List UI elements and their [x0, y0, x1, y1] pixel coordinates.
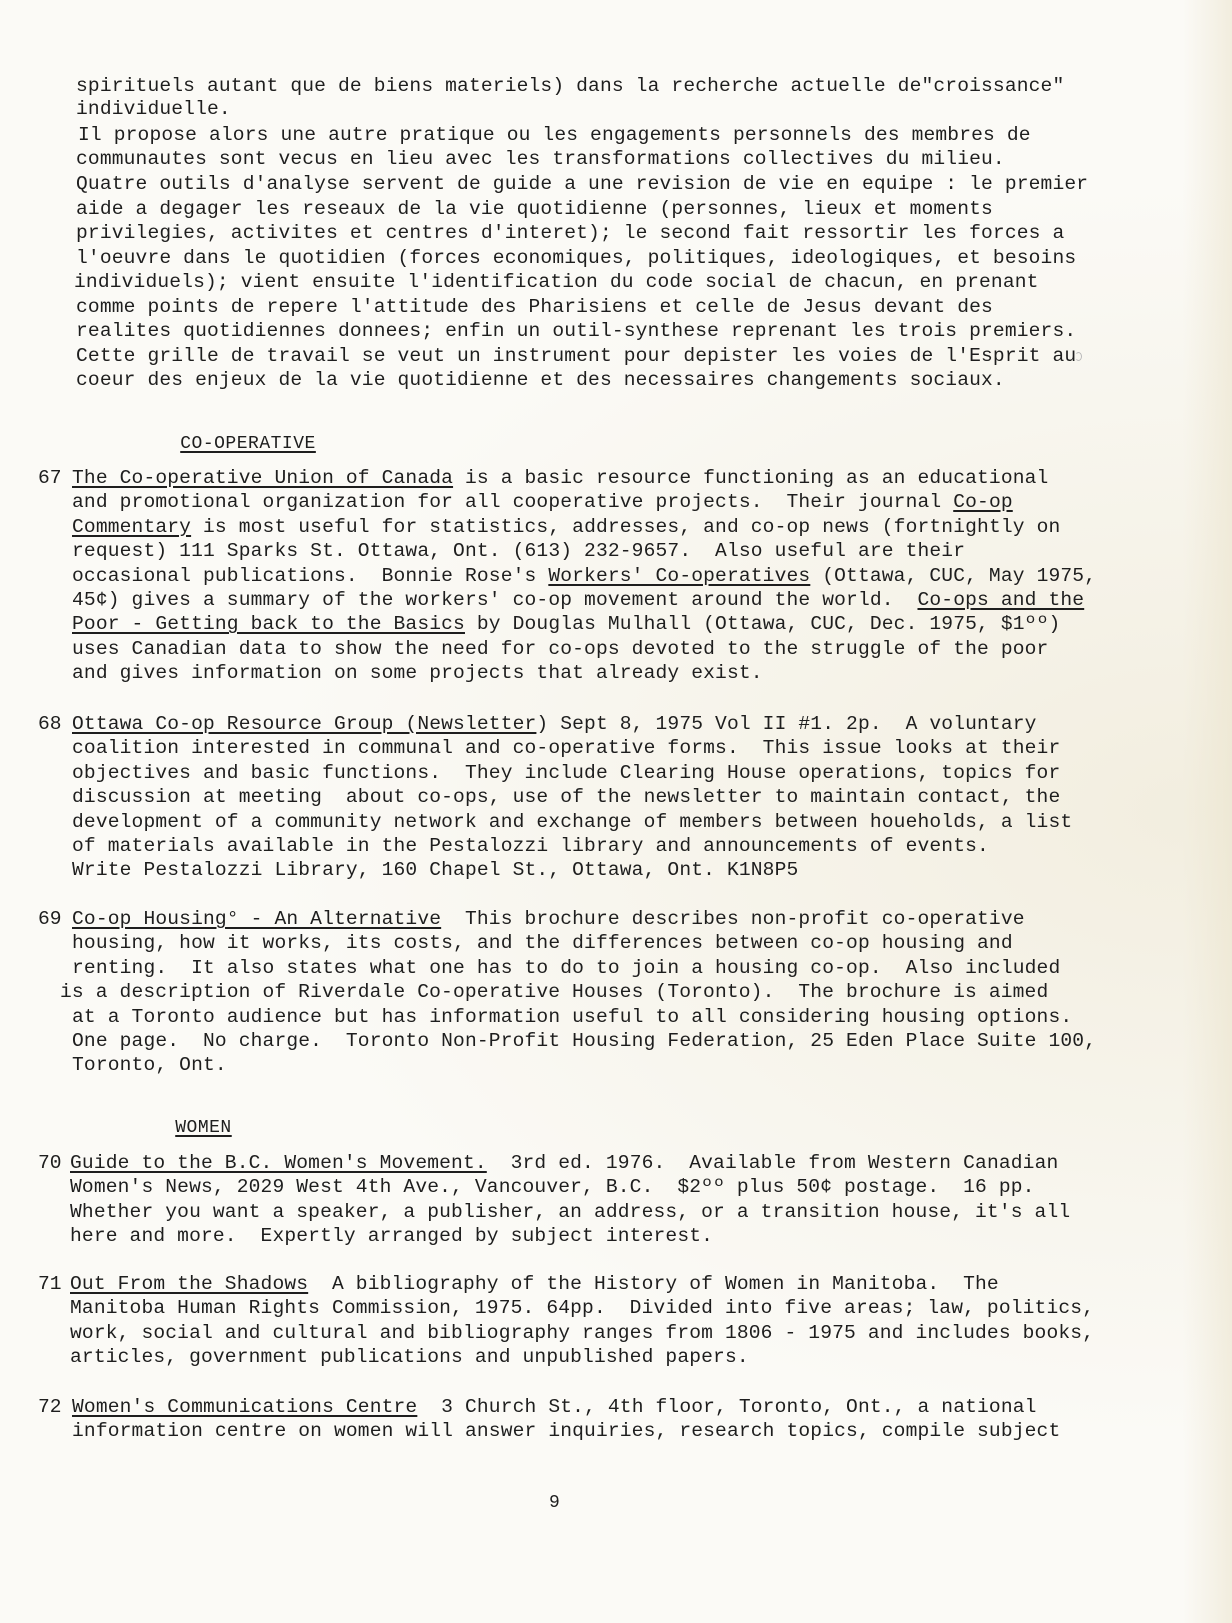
text-run: discussion at meeting about co-ops, use …	[72, 786, 1060, 808]
entry-number: 68	[38, 712, 62, 736]
text-run: Whether you want a speaker, a publisher,…	[70, 1201, 1070, 1223]
text-run: individuels); vient ensuite l'identifica…	[74, 271, 1039, 293]
text-run: comme points de repere l'attitude des Ph…	[76, 296, 993, 318]
intro-line: Quatre outils d'analyse servent de guide…	[76, 172, 1088, 196]
entry-line: coalition interested in communal and co-…	[72, 736, 1060, 760]
text-run: Il propose alors une autre pratique ou l…	[78, 124, 1031, 146]
entry-number: 71	[38, 1272, 62, 1296]
entry-line: here and more. Expertly arranged by subj…	[70, 1224, 713, 1248]
text-run: 3 Church St., 4th floor, Toronto, Ont., …	[417, 1396, 1036, 1418]
entry-line: at a Toronto audience but has informatio…	[72, 1005, 1072, 1029]
entry-line: discussion at meeting about co-ops, use …	[72, 785, 1060, 809]
text-run: aide a degager les reseaux de la vie quo…	[76, 198, 993, 220]
text-run: renting. It also states what one has to …	[72, 957, 1060, 979]
entry-line: The Co-operative Union of Canada is a ba…	[72, 466, 1048, 490]
text-run: 3rd ed. 1976. Available from Western Can…	[487, 1152, 1059, 1174]
intro-line: l'oeuvre dans le quotidien (forces econo…	[76, 246, 1076, 270]
text-run: coalition interested in communal and co-…	[72, 737, 1060, 759]
entry-line: Poor - Getting back to the Basics by Dou…	[72, 612, 1060, 636]
text-run: One page. No charge. Toronto Non-Profit …	[72, 1030, 1096, 1052]
text-run: here and more. Expertly arranged by subj…	[70, 1225, 713, 1247]
underlined-title: Co-op	[953, 491, 1013, 513]
entry-line: renting. It also states what one has to …	[72, 956, 1060, 980]
intro-line: comme points de repere l'attitude des Ph…	[76, 295, 993, 319]
entry-line: occasional publications. Bonnie Rose's W…	[72, 564, 1096, 588]
entry-line: Whether you want a speaker, a publisher,…	[70, 1200, 1070, 1224]
text-run: realites quotidiennes donnees; enfin un …	[76, 320, 1076, 342]
intro-line: Cette grille de travail se veut un instr…	[76, 344, 1076, 368]
intro-line: privilegies, activites et centres d'inte…	[76, 221, 1064, 245]
text-run: Manitoba Human Rights Commission, 1975. …	[70, 1297, 1094, 1319]
page-number: 9	[549, 1493, 560, 1513]
entry-line: Write Pestalozzi Library, 160 Chapel St.…	[72, 858, 798, 882]
text-run: communautes sont vecus en lieu avec les …	[76, 148, 1005, 170]
entry-line: Out From the Shadows A bibliography of t…	[70, 1272, 999, 1296]
text-run: privilegies, activites et centres d'inte…	[76, 222, 1064, 244]
text-run: uses Canadian data to show the need for …	[72, 638, 1048, 660]
entry-line: One page. No charge. Toronto Non-Profit …	[72, 1029, 1096, 1053]
entry-number: 72	[38, 1395, 62, 1419]
entry-number: 67	[38, 466, 62, 490]
text-run: development of a community network and e…	[72, 811, 1072, 833]
entry-line: Women's Communications Centre 3 Church S…	[72, 1395, 1037, 1419]
text-run: and promotional organization for all coo…	[72, 491, 953, 513]
intro-line: communautes sont vecus en lieu avec les …	[76, 147, 1005, 171]
text-run: is most useful for statistics, addresses…	[191, 516, 1060, 538]
text-run: A bibliography of the History of Women i…	[308, 1273, 999, 1295]
entry-line: work, social and cultural and bibliograp…	[70, 1321, 1094, 1345]
underlined-title: Women's Communications Centre	[72, 1396, 417, 1418]
underlined-title: Co-ops and the	[917, 589, 1084, 611]
entry-line: and gives information on some projects t…	[72, 661, 763, 685]
underlined-title: Out From the Shadows	[70, 1273, 308, 1295]
text-run: Toronto, Ont.	[72, 1054, 227, 1076]
section-heading-cooperative: CO-OPERATIVE	[135, 414, 316, 474]
underlined-title: Co-op Housing° - An Alternative	[72, 908, 441, 930]
text-run: l'oeuvre dans le quotidien (forces econo…	[76, 247, 1076, 269]
text-run: Women's News, 2029 West 4th Ave., Vancou…	[70, 1176, 1035, 1198]
text-run: Cette grille de travail se veut un instr…	[76, 345, 1076, 367]
entry-line: Commentary is most useful for statistics…	[72, 515, 1060, 539]
text-run: objectives and basic functions. They inc…	[72, 762, 1060, 784]
text-run: spirituels autant que de biens materiels…	[76, 75, 1064, 97]
entry-line: 45¢) gives a summary of the workers' co-…	[72, 588, 1084, 612]
entry-line: Manitoba Human Rights Commission, 1975. …	[70, 1296, 1094, 1320]
underlined-title: Workers' Co-operatives	[548, 565, 810, 587]
document-page: spirituels autant que de biens materiels…	[0, 0, 1232, 1623]
entry-line: Guide to the B.C. Women's Movement. 3rd …	[70, 1151, 1058, 1175]
text-run: housing, how it works, its costs, and th…	[72, 932, 1013, 954]
underlined-title: Poor - Getting back to the Basics	[72, 613, 465, 635]
intro-line: realites quotidiennes donnees; enfin un …	[76, 319, 1076, 343]
entry-number: 69	[38, 907, 62, 931]
entry-line: housing, how it works, its costs, and th…	[72, 931, 1013, 955]
entry-number: 70	[38, 1151, 62, 1175]
entry-line: and promotional organization for all coo…	[72, 490, 1013, 514]
entry-line: articles, government publications and un…	[70, 1345, 749, 1369]
text-run: at a Toronto audience but has informatio…	[72, 1006, 1072, 1028]
entry-line: is a description of Riverdale Co-operati…	[60, 980, 1048, 1004]
entry-line: Ottawa Co-op Resource Group (Newsletter)…	[72, 712, 1037, 736]
intro-line: individuels); vient ensuite l'identifica…	[74, 270, 1039, 294]
text-run: is a basic resource functioning as an ed…	[453, 467, 1048, 489]
text-run: is a description of Riverdale Co-operati…	[60, 981, 1048, 1003]
intro-line: aide a degager les reseaux de la vie quo…	[76, 197, 993, 221]
entry-line: objectives and basic functions. They inc…	[72, 761, 1060, 785]
text-run: Write Pestalozzi Library, 160 Chapel St.…	[72, 859, 798, 881]
intro-line: Il propose alors une autre pratique ou l…	[78, 123, 1031, 147]
underlined-title: Guide to the B.C. Women's Movement.	[70, 1152, 487, 1174]
paper-speck	[1075, 352, 1082, 361]
text-run: articles, government publications and un…	[70, 1346, 749, 1368]
text-run: work, social and cultural and bibliograp…	[70, 1322, 1094, 1344]
text-run: request) 111 Sparks St. Ottawa, Ont. (61…	[72, 540, 965, 562]
text-run: ) Sept 8, 1975 Vol II #1. 2p. A voluntar…	[536, 713, 1036, 735]
text-run: Quatre outils d'analyse servent de guide…	[76, 173, 1088, 195]
text-run: (Ottawa, CUC, May 1975,	[810, 565, 1096, 587]
underlined-title: Ottawa Co-op Resource Group (Newsletter	[72, 713, 536, 735]
section-heading-women: WOMEN	[130, 1098, 232, 1158]
underlined-title: Commentary	[72, 516, 191, 538]
entry-line: Toronto, Ont.	[72, 1053, 227, 1077]
text-run: 45¢) gives a summary of the workers' co-…	[72, 589, 917, 611]
text-run: This brochure describes non-profit co-op…	[441, 908, 1025, 930]
entry-line: request) 111 Sparks St. Ottawa, Ont. (61…	[72, 539, 965, 563]
intro-line: spirituels autant que de biens materiels…	[76, 74, 1064, 98]
text-run: occasional publications. Bonnie Rose's	[72, 565, 548, 587]
text-run: information centre on women will answer …	[72, 1420, 1060, 1442]
text-run: and gives information on some projects t…	[72, 662, 763, 684]
text-run: of materials available in the Pestalozzi…	[72, 835, 989, 857]
entry-line: uses Canadian data to show the need for …	[72, 637, 1048, 661]
underlined-title: The Co-operative Union of Canada	[72, 467, 453, 489]
text-run: individuelle.	[76, 98, 231, 120]
entry-line: of materials available in the Pestalozzi…	[72, 834, 989, 858]
intro-line: individuelle.	[76, 97, 231, 121]
text-run: coeur des enjeux de la vie quotidienne e…	[76, 369, 1005, 391]
entry-line: development of a community network and e…	[72, 810, 1072, 834]
entry-line: information centre on women will answer …	[72, 1419, 1060, 1443]
text-run: by Douglas Mulhall (Ottawa, CUC, Dec. 19…	[465, 613, 1060, 635]
entry-line: Co-op Housing° - An Alternative This bro…	[72, 907, 1025, 931]
entry-line: Women's News, 2029 West 4th Ave., Vancou…	[70, 1175, 1035, 1199]
intro-line: coeur des enjeux de la vie quotidienne e…	[76, 368, 1005, 392]
